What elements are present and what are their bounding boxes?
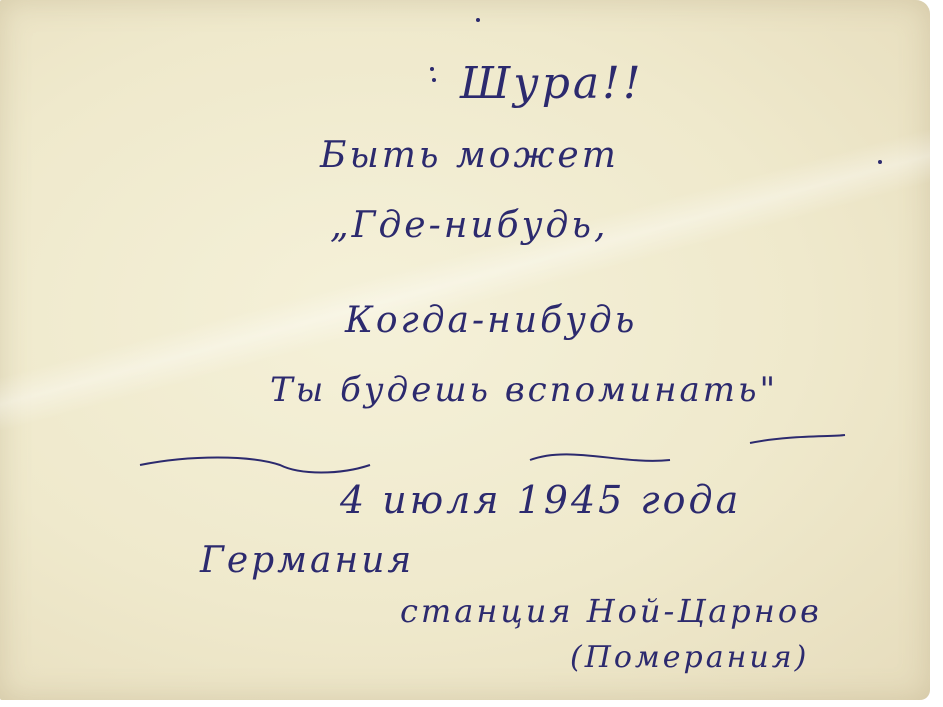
region-line: (Померания) bbox=[570, 640, 809, 675]
station-line: станция Ной-Царнов bbox=[400, 592, 822, 630]
ink-dot bbox=[476, 18, 480, 22]
greeting-line: Шура!! bbox=[460, 58, 644, 109]
inscription-line-1: Быть может bbox=[320, 135, 619, 176]
inscription-line-3: Когда-нибудь bbox=[345, 300, 637, 341]
country-line: Германия bbox=[200, 540, 414, 581]
photo-card-back: Шура!! Быть может „Где-нибудь, Когда-ниб… bbox=[0, 0, 930, 700]
decorative-flourish bbox=[130, 425, 850, 485]
date-line: 4 июля 1945 года bbox=[340, 478, 741, 522]
ink-dot bbox=[878, 160, 882, 164]
ink-dot bbox=[432, 78, 436, 82]
ink-dot bbox=[430, 67, 434, 71]
inscription-line-4: Ты будешь вспоминать" bbox=[270, 370, 778, 410]
inscription-line-2: „Где-нибудь, bbox=[330, 205, 608, 246]
